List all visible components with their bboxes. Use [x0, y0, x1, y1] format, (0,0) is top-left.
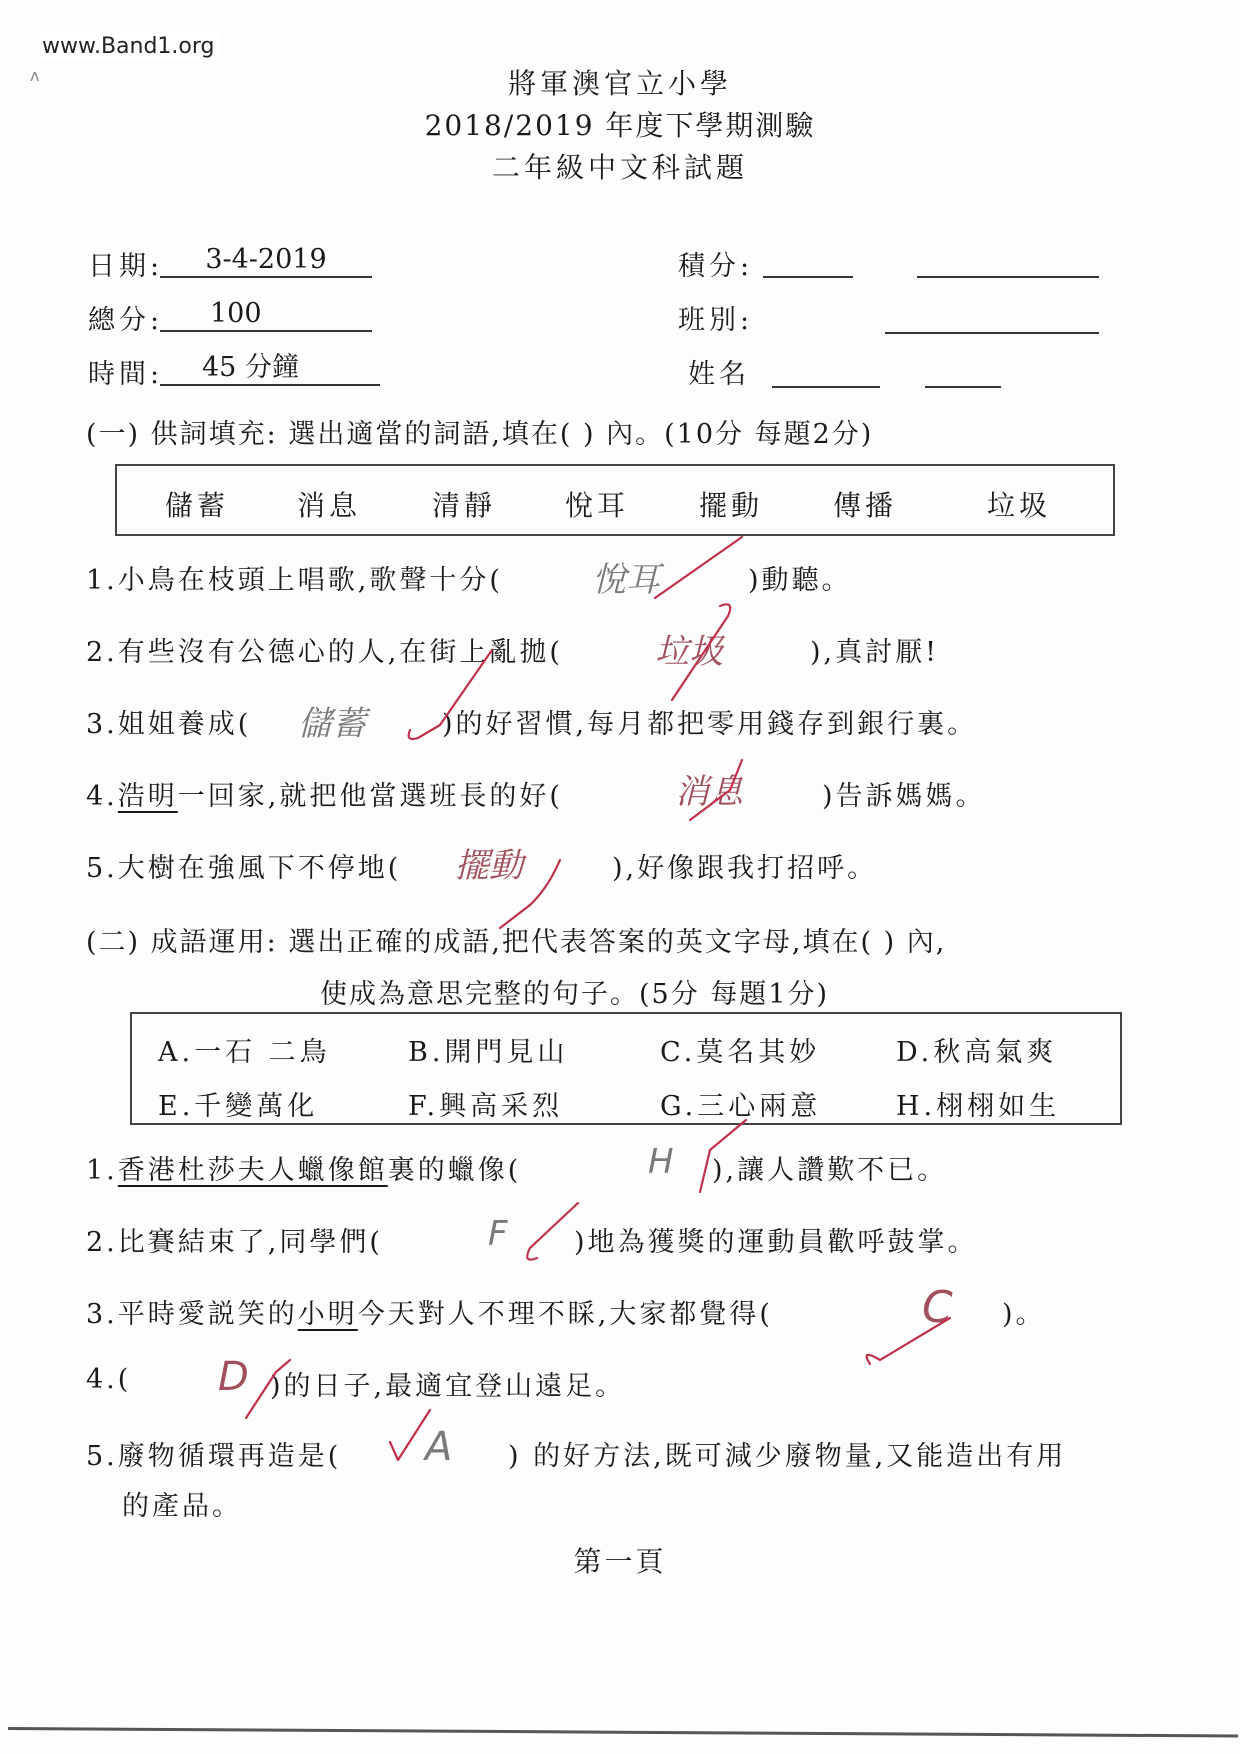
check-icon	[700, 1120, 746, 1192]
check-icon	[690, 760, 742, 820]
check-icon	[527, 1203, 578, 1260]
check-icon	[672, 604, 730, 700]
check-icon	[500, 860, 560, 928]
check-icon	[655, 537, 742, 598]
check-icon	[390, 1410, 430, 1460]
page-number: 第一頁	[0, 1540, 1240, 1580]
check-icon	[409, 650, 492, 739]
check-icon	[867, 1318, 950, 1364]
check-icon	[246, 1360, 290, 1418]
grading-check-marks	[0, 0, 1240, 1754]
